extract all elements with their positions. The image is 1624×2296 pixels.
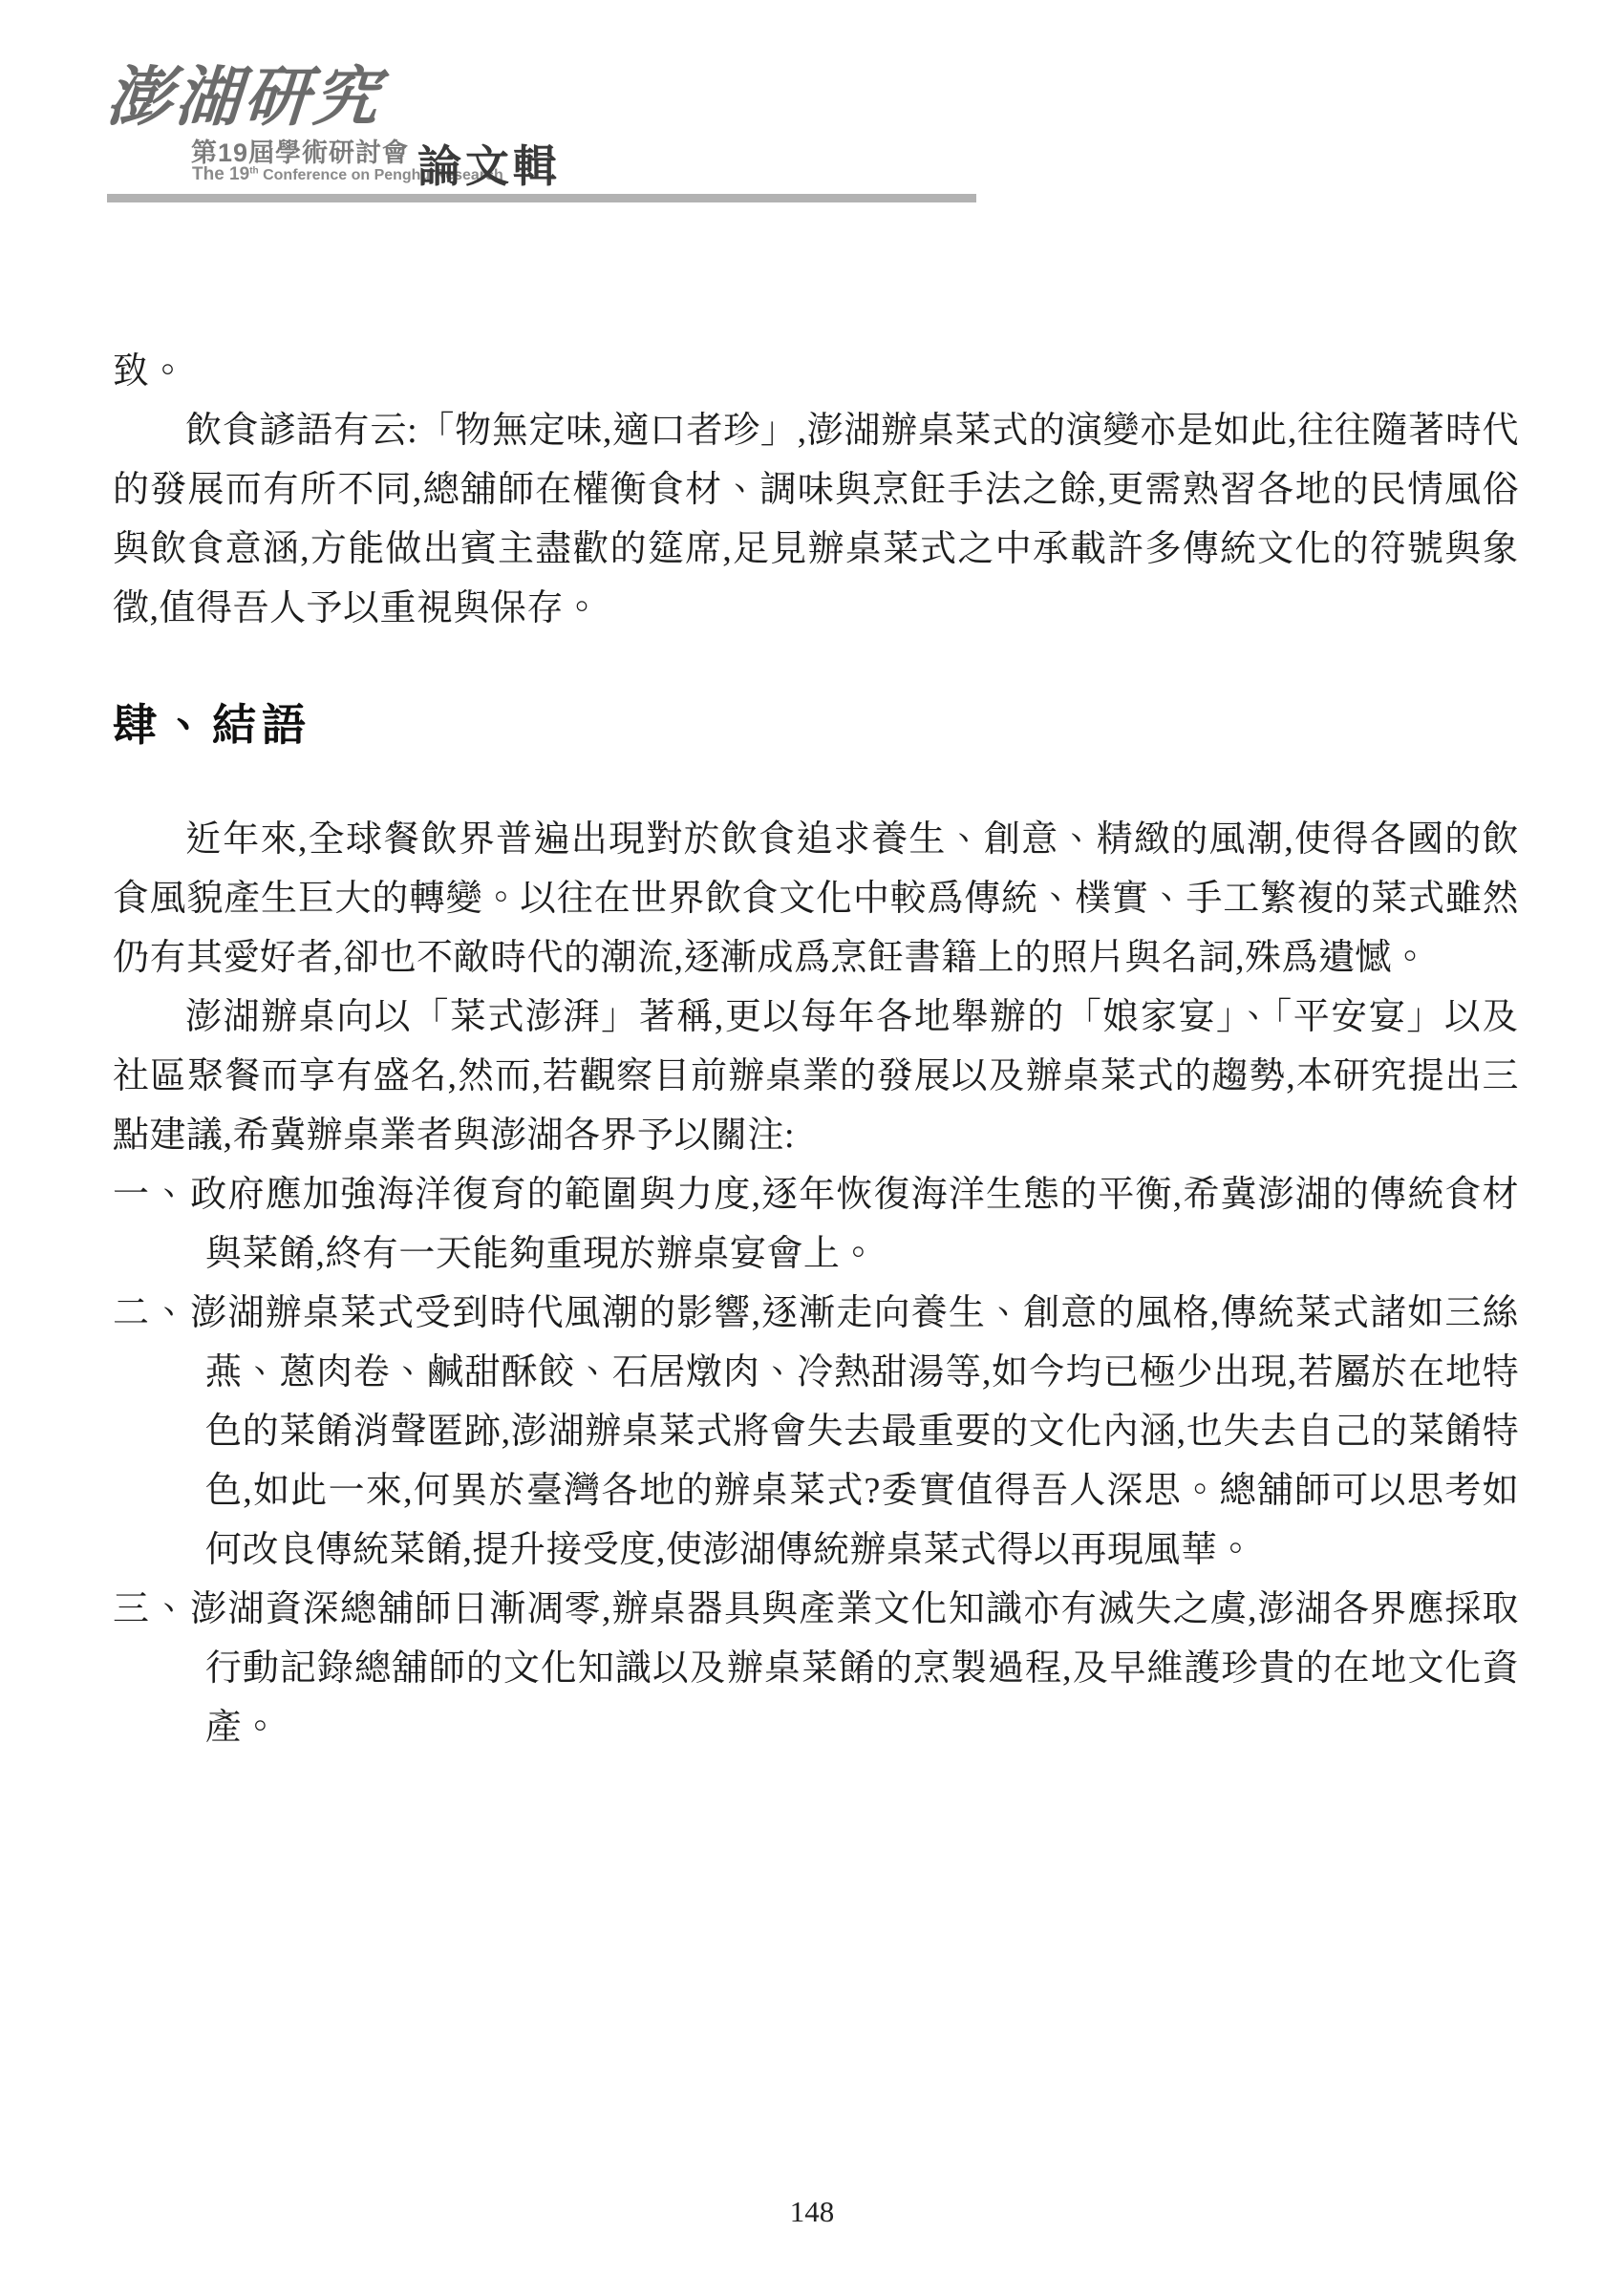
paragraph-continuation-line: 致。: [113, 342, 1519, 401]
page-header: 澎湖研究 第19屆學術研討會 The 19th Conference on Pe…: [0, 0, 1624, 229]
suggestion-item-1-marker: 一、: [113, 1175, 190, 1215]
suggestion-item-2: 二、澎湖辦桌菜式受到時代風潮的影響,逐漸走向養生、創意的風格,傳統菜式諸如三絲燕…: [113, 1284, 1519, 1580]
suggestion-item-3-marker: 三、: [113, 1589, 190, 1629]
document-body: 致。 飲食諺語有云:「物無定味,適口者珍」,澎湖辦桌菜式的演變亦是如此,往往隨著…: [113, 342, 1519, 1757]
conference-en-prefix: The 19: [192, 164, 249, 184]
conference-en-ordinal-suffix: th: [249, 166, 258, 177]
paragraph-food-proverb: 飲食諺語有云:「物無定味,適口者珍」,澎湖辦桌菜式的演變亦是如此,往往隨著時代的…: [113, 401, 1519, 638]
proceedings-title: 論文輯: [417, 132, 561, 195]
page-number: 148: [0, 2195, 1624, 2229]
document-page: 澎湖研究 第19屆學術研討會 The 19th Conference on Pe…: [0, 0, 1624, 2296]
section-heading-conclusion: 肆、結語: [113, 697, 1519, 755]
suggestion-item-2-text: 澎湖辦桌菜式受到時代風潮的影響,逐漸走向養生、創意的風格,傳統菜式諸如三絲燕、蔥…: [190, 1293, 1519, 1570]
header-divider-bar: [107, 194, 976, 202]
suggestion-item-3: 三、澎湖資深總舖師日漸凋零,辦桌器具與產業文化知識亦有滅失之虞,澎湖各界應採取行…: [113, 1580, 1519, 1757]
paragraph-global-food-trends: 近年來,全球餐飲界普遍出現對於飲食追求養生、創意、精緻的風潮,使得各國的飲食風貌…: [113, 810, 1519, 988]
paragraph-penghu-bando-suggestions-intro: 澎湖辦桌向以「菜式澎湃」著稱,更以每年各地舉辦的「娘家宴」、「平安宴」以及社區聚…: [113, 988, 1519, 1165]
suggestion-item-2-marker: 二、: [113, 1293, 190, 1333]
suggestion-item-3-text: 澎湖資深總舖師日漸凋零,辦桌器具與產業文化知識亦有滅失之虞,澎湖各界應採取行動記…: [190, 1589, 1519, 1748]
suggestion-item-1: 一、政府應加強海洋復育的範圍與力度,逐年恢復海洋生態的平衡,希冀澎湖的傳統食材與…: [113, 1165, 1519, 1284]
suggestion-item-1-text: 政府應加強海洋復育的範圍與力度,逐年恢復海洋生態的平衡,希冀澎湖的傳統食材與菜餚…: [190, 1175, 1519, 1274]
penghu-research-logo: 澎湖研究: [104, 46, 386, 138]
